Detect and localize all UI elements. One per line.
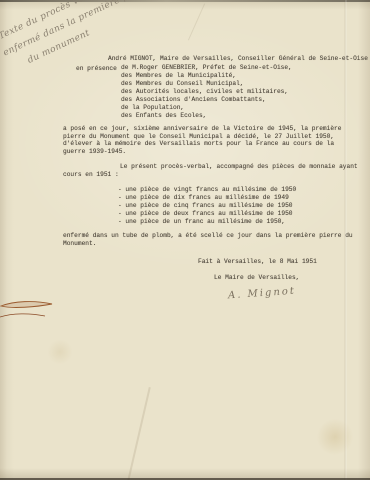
presence-item: des Associations d'Anciens Combattants, (121, 96, 292, 104)
presence-item: des Membres de la Municipalité, (121, 72, 292, 80)
coin-item: - une pièce de deux francs au millésime … (118, 210, 296, 218)
presence-item: des Autorités locales, civiles et milita… (121, 88, 292, 96)
closing-place-date: Fait à Versailles, le 8 Mai 1951 (198, 258, 317, 265)
coin-item: - une pièce de vingt francs au millésime… (118, 186, 296, 194)
paragraph-first-stone: a posé en ce jour, sixième anniversaire … (63, 125, 341, 155)
closing-signer-title: Le Maire de Versailles, (214, 274, 299, 281)
presence-item: de M.Roger GENEBRIER, Préfet de Seine-et… (121, 65, 292, 72)
document-heading: André MIGNOT, Maire de Versailles, Conse… (108, 55, 368, 62)
coin-list: - une pièce de vingt francs au millésime… (118, 186, 296, 227)
paragraph-proces-verbal: Le présent procès-verbal, accompagné des… (63, 163, 358, 179)
presence-block: en présence de M.Roger GENEBRIER, Préfet… (76, 65, 292, 120)
presence-item: de la Population, (121, 104, 292, 112)
paragraph-sealed: enfermé dans un tube de plomb, a été sce… (63, 232, 353, 249)
mayor-signature: A. Mignot (228, 286, 297, 302)
presence-list: de M.Roger GENEBRIER, Préfet de Seine-et… (121, 65, 292, 120)
presence-label: en présence (76, 65, 121, 120)
paper-crease-right (344, 0, 347, 480)
coin-item: - une pièce de dix francs au millésime d… (118, 194, 296, 202)
coin-item: - une pièce de un franc au millésime de … (118, 218, 296, 226)
scanned-document-page: Texte du procès verbalenfermé dans la pr… (0, 0, 370, 480)
paper-tear-mark (0, 297, 58, 325)
paper-crease-top (188, 3, 205, 40)
presence-item: des Membres du Conseil Municipal, (121, 80, 292, 88)
paper-crease-bottom (127, 387, 150, 480)
presence-item: des Enfants des Ecoles, (121, 112, 292, 120)
coin-item: - une pièce de cinq francs au millésime … (118, 202, 296, 210)
